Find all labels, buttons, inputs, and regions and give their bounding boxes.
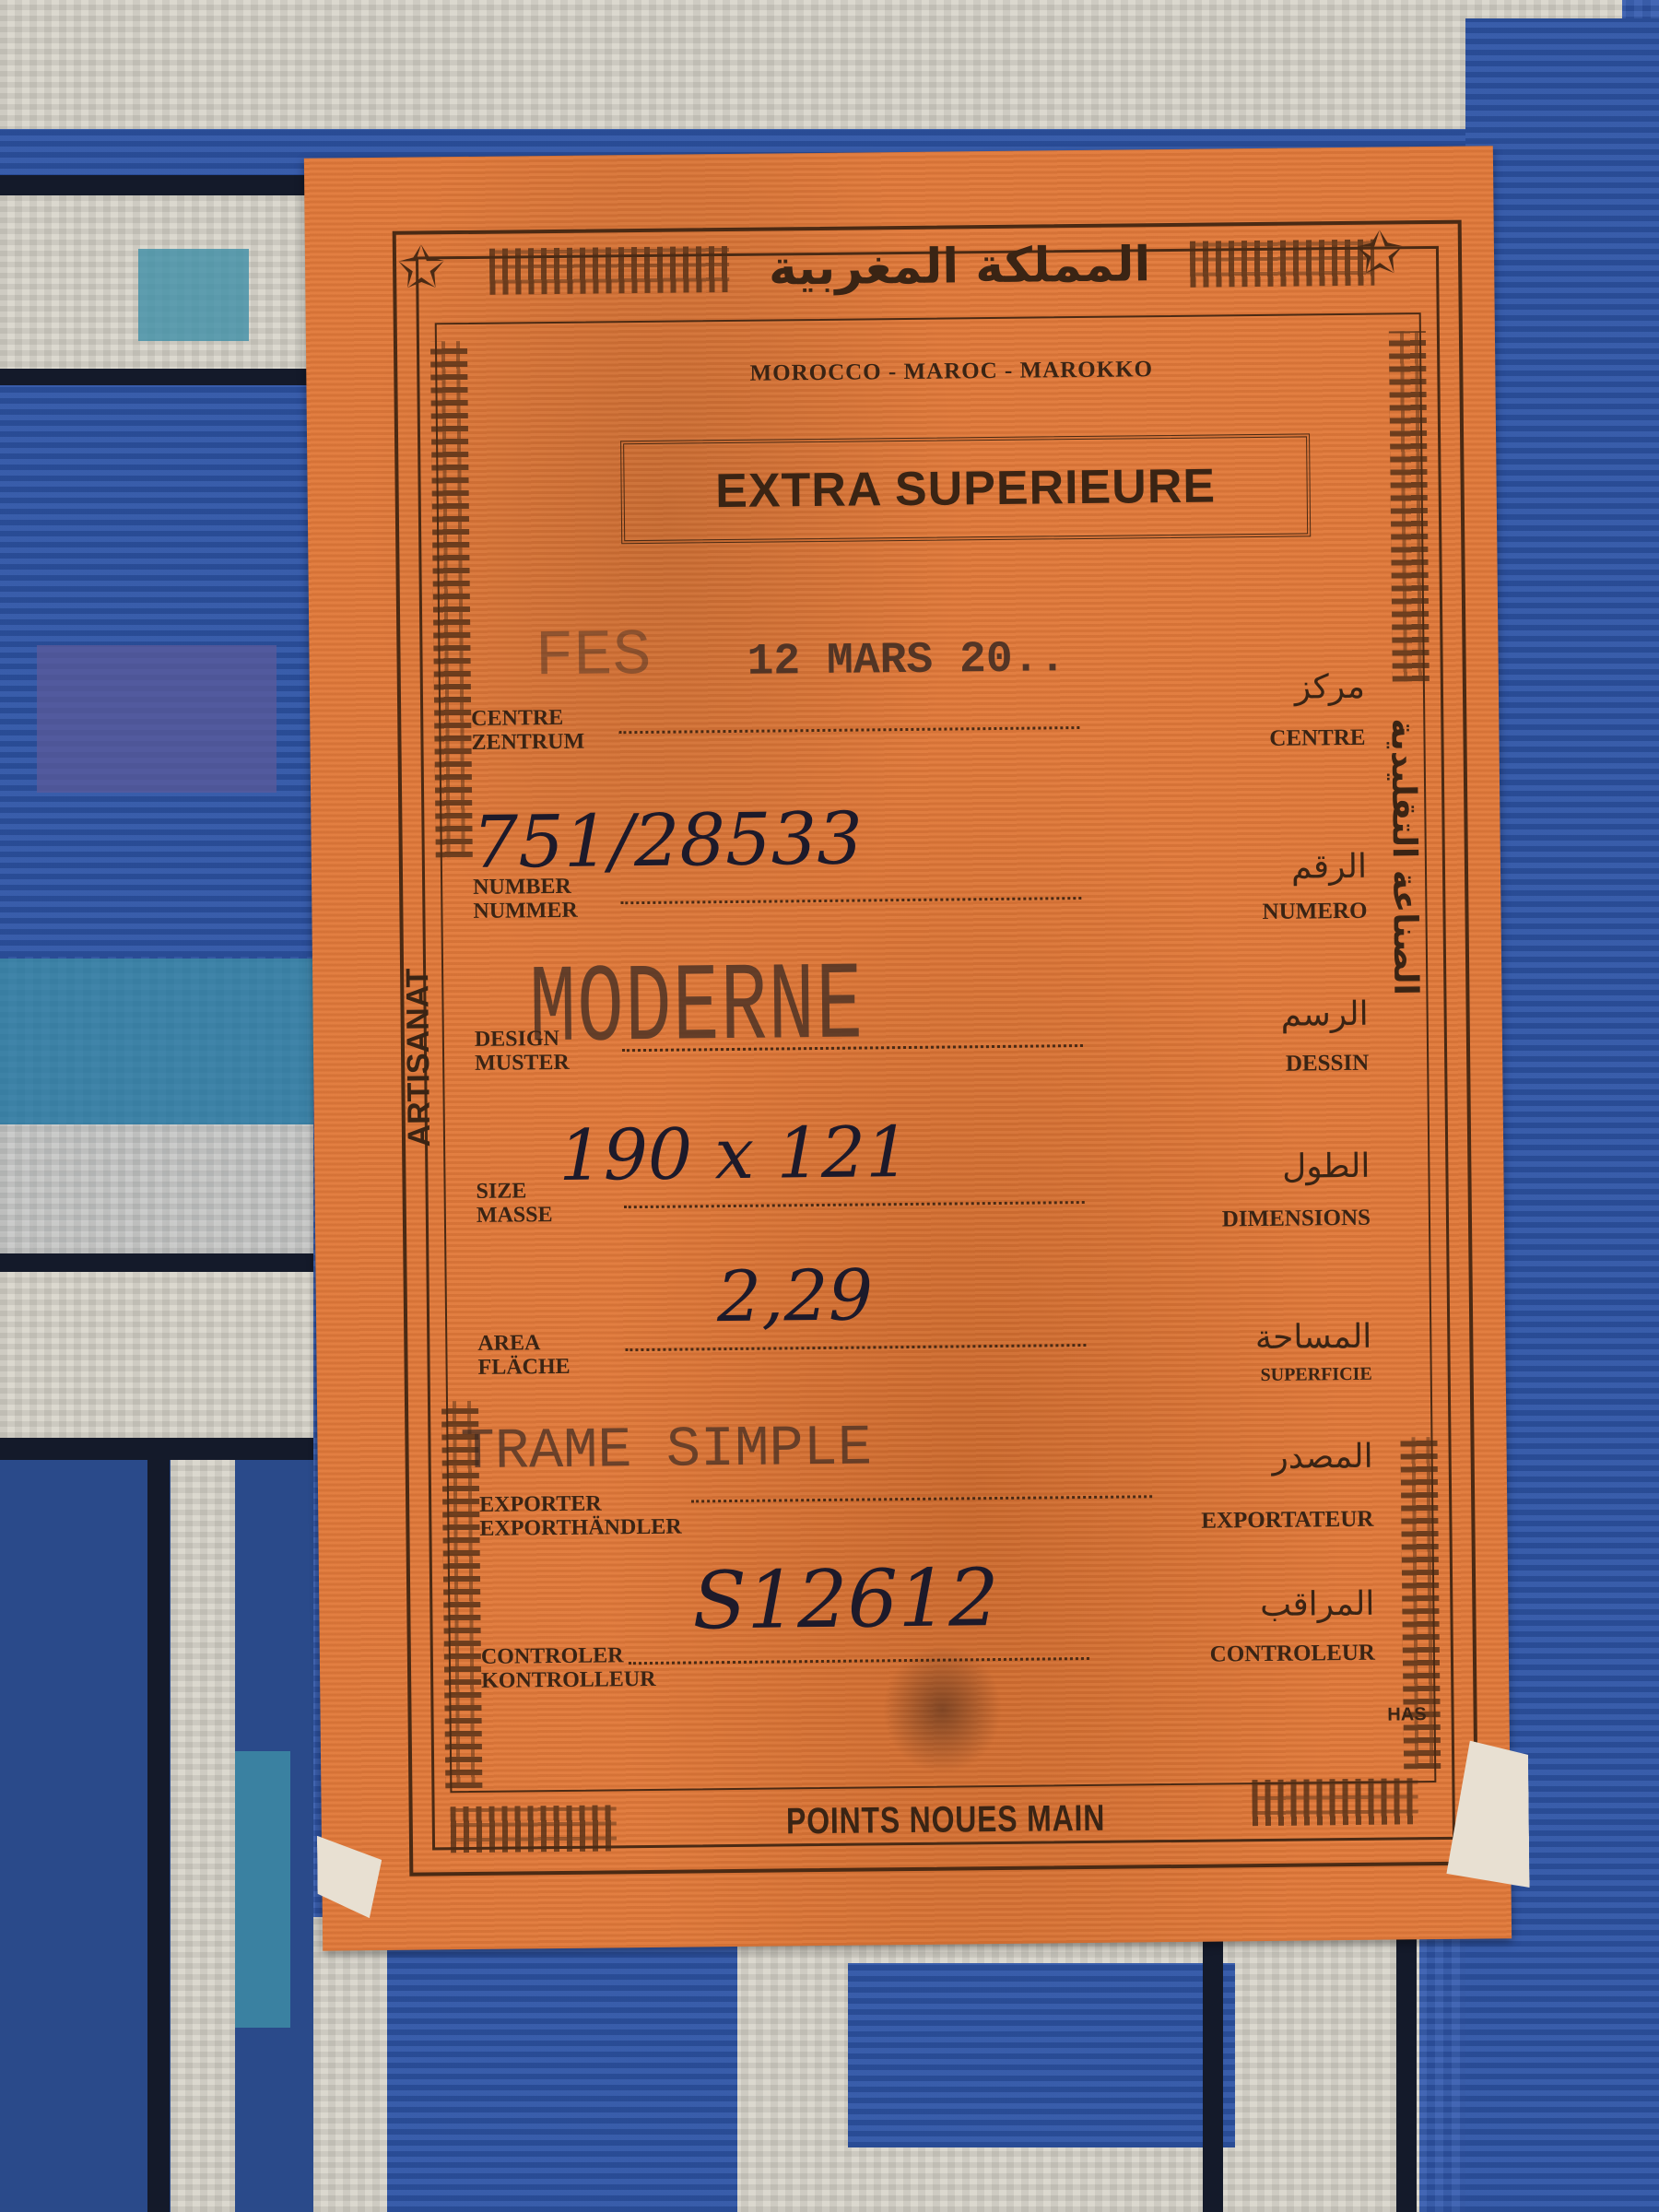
- centre-stamp-value: FES: [535, 620, 652, 694]
- exporter-value: TRAME SIMPLE: [460, 1415, 872, 1485]
- field-centre: FES 12 MARS 20.. CENTRE ZENTRUM مركز CEN…: [471, 650, 1384, 770]
- controller-value: S12612: [692, 1552, 1000, 1647]
- rug-teal-motif-2: [0, 959, 313, 1124]
- controller-label-fr: CONTROLEUR: [1210, 1641, 1375, 1668]
- rug-cream-vertical-1: [171, 1460, 235, 2212]
- area-label-en-de: AREA FLÄCHE: [477, 1331, 571, 1380]
- rug-purple-motif: [37, 645, 276, 793]
- design-label-ar: الرسم: [1280, 995, 1368, 1034]
- field-exporter: TRAME SIMPLE EXPORTER EXPORTHÄNDLER المص…: [478, 1401, 1392, 1539]
- rug-teal-vertical: [235, 1751, 290, 2028]
- area-dotted-line: [625, 1344, 1086, 1351]
- exporter-label-fr: EXPORTATEUR: [1201, 1507, 1373, 1535]
- rug-cream-band-top: [0, 0, 1622, 143]
- centre-label-ar: مركز: [1295, 668, 1366, 707]
- design-value: MODERNE: [529, 946, 865, 1075]
- rug-teal-motif: [138, 249, 249, 341]
- field-number: 751/28533 NUMBER NUMMER الرقم NUMERO: [472, 802, 1385, 931]
- exporter-label-en-de: EXPORTER EXPORTHÄNDLER: [479, 1491, 682, 1541]
- ornament-top-right-icon: [1190, 240, 1375, 288]
- country-line: MOROCCO - MAROC - MAROKKO: [693, 357, 1209, 388]
- rug-blue-bottom-motif-2: [848, 1963, 1235, 2147]
- rug-certification-label: ✩ ✩ المملكة المغربية MOROCCO - MAROC - M…: [304, 146, 1512, 1950]
- rug-navy-stripe-3: [0, 1253, 313, 1272]
- ornament-right-upper-icon: [1389, 331, 1430, 681]
- ornament-left-upper-icon: [430, 341, 473, 857]
- size-label-fr: DIMENSIONS: [1222, 1206, 1371, 1233]
- ornament-top-left-icon: [489, 246, 730, 295]
- design-label-fr: DESSIN: [1286, 1051, 1370, 1077]
- number-label-ar: الرقم: [1291, 848, 1367, 887]
- arabic-kingdom-title: المملكة المغربية: [766, 237, 1154, 296]
- star-icon-left: ✩: [397, 240, 446, 298]
- controller-label-en-de: CONTROLER KONTROLLEUR: [481, 1643, 656, 1693]
- number-label-fr: NUMERO: [1262, 899, 1367, 925]
- exporter-dotted-line: [691, 1495, 1152, 1502]
- date-stamp: 12 MARS 20..: [747, 634, 1065, 688]
- centre-label-en-de: CENTRE ZENTRUM: [471, 706, 584, 755]
- rug-navy-vertical-2: [1203, 1908, 1223, 2212]
- printer-mark: HAS: [1387, 1704, 1426, 1725]
- side-text-arabic: الصناعة التقليدية: [1383, 718, 1424, 995]
- size-value: 190 x 121: [559, 1111, 911, 1196]
- exporter-label-ar: المصدر: [1272, 1438, 1373, 1477]
- grade-box: EXTRA SUPERIEURE: [620, 433, 1311, 544]
- area-label-fr: SUPERFICIE: [1260, 1364, 1371, 1386]
- footer-band: POINTS NOUES MAIN: [413, 1778, 1478, 1863]
- field-area: 2,29 AREA FLÄCHE المساحة SUPERFICIE: [477, 1249, 1390, 1378]
- rug-navy-frame-line: [0, 1438, 313, 1460]
- side-text-artisanat: ARTISANAT: [400, 968, 438, 1147]
- grade-text: EXTRA SUPERIEURE: [715, 458, 1216, 519]
- rug-navy-vertical-3: [1396, 1908, 1417, 2212]
- centre-dotted-line: [618, 726, 1079, 734]
- rug-navy-stripe-2: [0, 369, 313, 385]
- controller-label-ar: المراقب: [1260, 1585, 1375, 1624]
- field-size: 190 x 121 SIZE MASSE الطول DIMENSIONS: [476, 1106, 1389, 1235]
- footer-text: POINTS NOUES MAIN: [786, 1797, 1106, 1842]
- rug-cream-diagonal: [0, 1124, 313, 1253]
- rug-blue-bottom-motif: [387, 1945, 737, 2212]
- area-value: 2,29: [716, 1253, 873, 1337]
- star-icon-right: ✩: [1356, 225, 1405, 283]
- controller-dotted-line: [629, 1657, 1089, 1665]
- number-label-en-de: NUMBER NUMMER: [473, 875, 578, 924]
- number-dotted-line: [620, 897, 1081, 904]
- torn-corner-left: [317, 1835, 382, 1919]
- size-dotted-line: [624, 1201, 1085, 1208]
- size-label-en-de: SIZE MASSE: [476, 1179, 552, 1228]
- number-value: 751/28533: [472, 798, 863, 885]
- field-design: MODERNE DESIGN MUSTER الرسم DESSIN: [474, 949, 1387, 1088]
- rug-cream-left-lower: [0, 1272, 313, 1438]
- design-label-en-de: DESIGN MUSTER: [475, 1027, 570, 1076]
- ink-smudge: [882, 1644, 1003, 1774]
- size-label-ar: الطول: [1282, 1147, 1371, 1186]
- rug-navy-vertical-1: [147, 1460, 170, 2212]
- area-label-ar: المساحة: [1255, 1318, 1372, 1357]
- centre-label-fr: CENTRE: [1269, 725, 1365, 752]
- rug-navy-stripe: [0, 175, 332, 195]
